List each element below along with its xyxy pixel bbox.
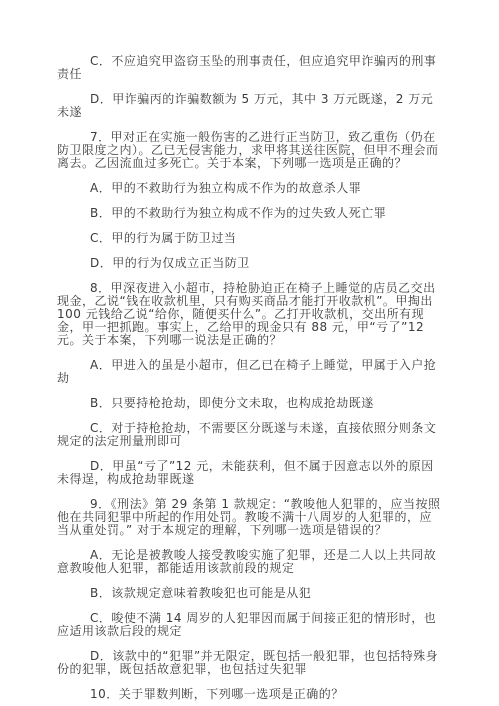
question-7-stem: 7．甲对正在实施一般伤害的乙进行正当防卫，致乙重伤（仍在防卫限度之内）。乙已无侵… [57,131,443,170]
prev-question-option-c: C．不应追究甲盗窃玉坠的刑事责任，但应追究甲诈骗丙的刑事责任 [57,55,443,81]
question-7-option-c: C．甲的行为属于防卫过当 [57,232,443,245]
question-7-option-a: A．甲的不救助行为独立构成不作为的故意杀人罪 [57,182,443,195]
question-8-option-a: A．甲进入的虽是小超市，但乙已在椅子上睡觉，甲属于入户抢劫 [57,359,443,385]
question-7-option-b: B．甲的不救助行为独立构成不作为的过失致人死亡罪 [57,207,443,220]
exam-document-page: C．不应追究甲盗窃玉坠的刑事责任，但应追究甲诈骗丙的刑事责任 D．甲诈骗丙的诈骗… [0,0,499,706]
prev-question-option-d: D．甲诈骗丙的诈骗数额为 5 万元，其中 3 万元既遂，2 万元未遂 [57,93,443,119]
question-8-option-c: C．对于持枪抢劫，不需要区分既遂与未遂，直接依照分则条文规定的法定刑量刑即可 [57,422,443,448]
question-8-option-b: B．只要持枪抢劫，即使分文未取，也构成抢劫既遂 [57,397,443,410]
question-10-stem: 10．关于罪数判断，下列哪一选项是正确的？ [57,688,443,701]
question-9-option-a: A．无论是被教唆人接受教唆实施了犯罪，还是二人以上共同故意教唆他人犯罪，都能适用… [57,549,443,575]
question-8-option-d: D．甲虽“亏了”12 元，未能获利，但不属于因意志以外的原因未得逞，构成抢劫罪既… [57,460,443,486]
question-9-option-d: D．该款中的“犯罪”并无限定，既包括一般犯罪，也包括特殊身份的犯罪，既包括故意犯… [57,650,443,676]
question-8-stem: 8．甲深夜进入小超市，持枪胁迫正在椅子上睡觉的店员乙交出现金，乙说“钱在收款机里… [57,282,443,347]
question-9-option-b: B．该款规定意味着教唆犯也可能是从犯 [57,587,443,600]
question-9-stem: 9．《刑法》第 29 条第 1 款规定：“教唆他人犯罪的，应当按照他在共同犯罪中… [57,498,443,537]
question-9-option-c: C．唆使不满 14 周岁的人犯罪因而属于间接正犯的情形时，也应适用该款后段的规定 [57,612,443,638]
question-7-option-d: D．甲的行为仅成立正当防卫 [57,257,443,270]
